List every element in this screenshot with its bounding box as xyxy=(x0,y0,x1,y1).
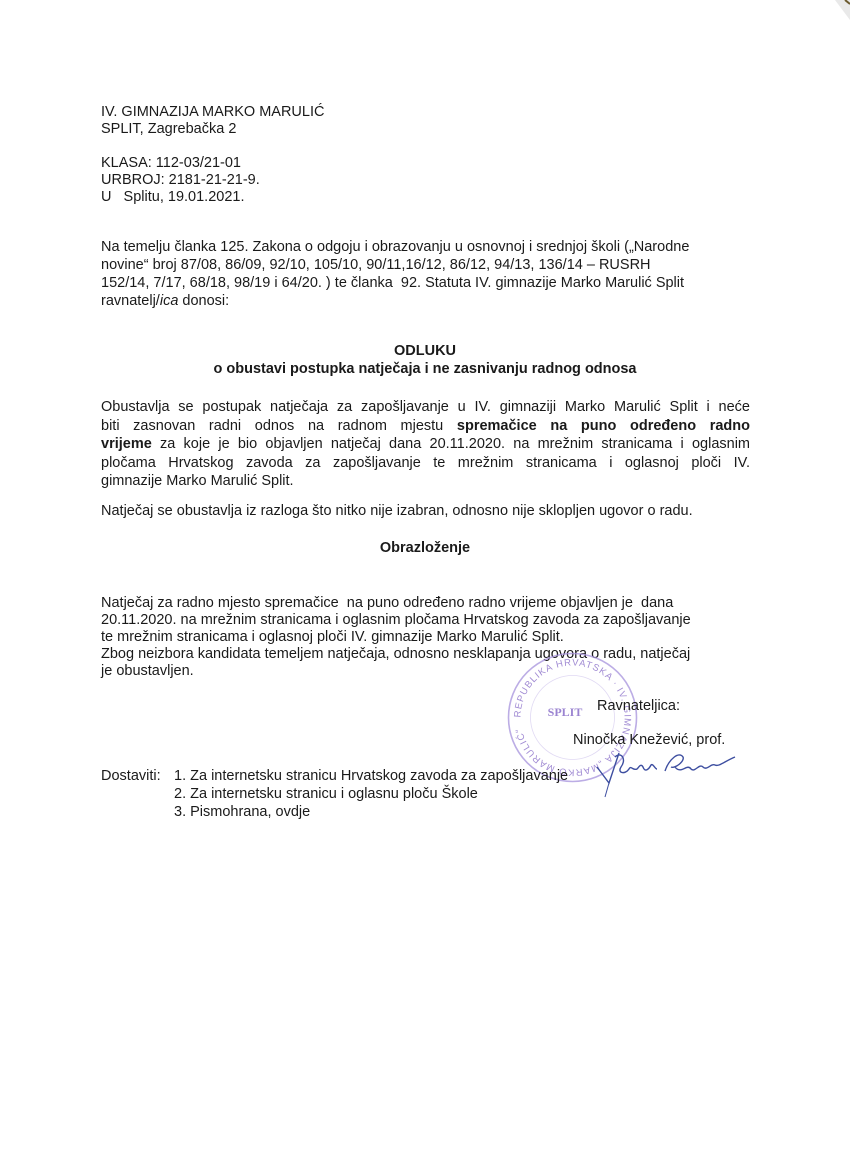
preamble-text: ravnatelj/ xyxy=(101,293,160,309)
paragraph-text: za koje je bio objavljen natječaj dana 2… xyxy=(152,436,750,452)
preamble-line: ravnatelj/ica donosi: xyxy=(101,292,229,310)
paragraph-text: biti zasnovan radni odnos na radnom mjes… xyxy=(101,418,457,434)
distribution-item: 2. Za internetsku stranicu i oglasnu plo… xyxy=(174,785,478,803)
reasoning-line: te mrežnim stranicama i oglasnoj ploči I… xyxy=(101,628,564,646)
reasoning-line: Natječaj za radno mjesto spremačice na p… xyxy=(101,594,673,612)
distribution-item: 3. Pismohrana, ovdje xyxy=(174,803,310,821)
reasoning-title: Obrazloženje xyxy=(100,540,750,556)
urbroj: URBROJ: 2181-21-21-9. xyxy=(101,171,260,189)
paragraph-line: vrijeme za koje je bio objavljen natječa… xyxy=(101,435,750,454)
preamble-line: novine“ broj 87/08, 86/09, 92/10, 105/10… xyxy=(101,256,651,274)
decision-title: ODLUKU xyxy=(100,343,750,359)
reasoning-line: je obustavljen. xyxy=(101,662,194,680)
handwritten-signature xyxy=(595,745,745,800)
signatory-role: Ravnateljica: xyxy=(597,697,680,715)
paragraph-line: biti zasnovan radni odnos na radnom mjes… xyxy=(101,417,750,436)
position-title-bold: vrijeme xyxy=(101,436,152,452)
paragraph-line: Obustavlja se postupak natječaja za zapo… xyxy=(101,398,750,417)
school-address: SPLIT, Zagrebačka 2 xyxy=(101,120,236,138)
scan-corner-mark xyxy=(790,0,850,20)
place-date: U Splitu, 19.01.2021. xyxy=(101,188,245,206)
reasoning-line: 20.11.2020. na mrežnim stranicama i ogla… xyxy=(101,611,691,629)
preamble-text: donosi: xyxy=(178,293,229,309)
position-title-bold: spremačice na puno određeno radno xyxy=(457,418,750,434)
klasa: KLASA: 112-03/21-01 xyxy=(101,154,241,172)
svg-text:SPLIT: SPLIT xyxy=(548,705,583,719)
school-name: IV. GIMNAZIJA MARKO MARULIĆ xyxy=(101,103,324,121)
reason-paragraph: Natječaj se obustavlja iz razloga što ni… xyxy=(101,502,693,520)
preamble-line: 152/14, 7/17, 68/18, 98/19 i 64/20. ) te… xyxy=(101,274,684,292)
distribution-label: Dostaviti: xyxy=(101,767,161,785)
document-page: IV. GIMNAZIJA MARKO MARULIĆ SPLIT, Zagre… xyxy=(0,0,850,1168)
decision-subtitle: o obustavi postupka natječaja i ne zasni… xyxy=(100,361,750,377)
preamble-italic: ica xyxy=(160,293,179,309)
paragraph-line: gimnazije Marko Marulić Split. xyxy=(101,472,750,491)
distribution-item: 1. Za internetsku stranicu Hrvatskog zav… xyxy=(174,767,568,785)
decision-paragraph: Obustavlja se postupak natječaja za zapo… xyxy=(101,398,750,491)
preamble-line: Na temelju članka 125. Zakona o odgoju i… xyxy=(101,238,689,256)
paragraph-line: pločama Hrvatskog zavoda za zapošljavanj… xyxy=(101,454,750,473)
